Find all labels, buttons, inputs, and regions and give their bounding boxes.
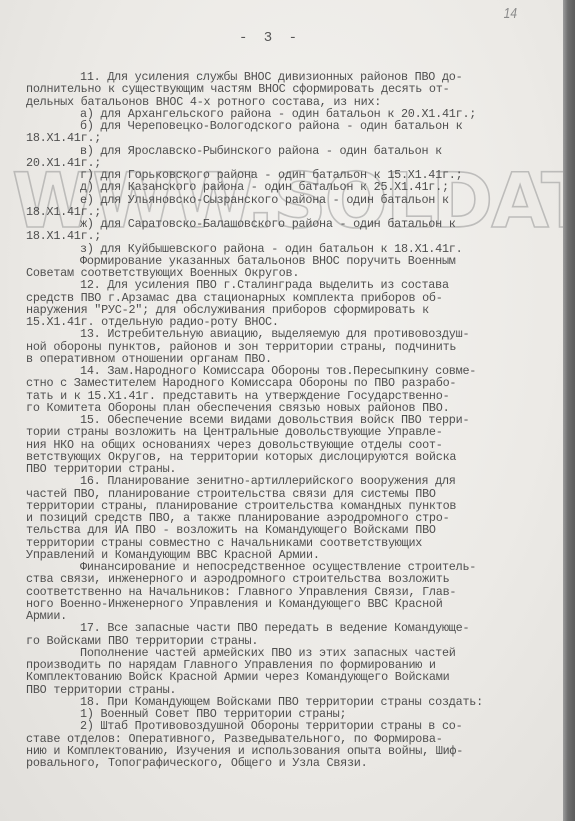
text-line: ставе отделов: Оперативного, Разведывате… [26,733,546,745]
text-line: 13. Истребительную авиацию, выделяемую д… [26,328,546,340]
text-line: Комплектованию Войск Красной Армии через… [26,671,546,683]
text-line: дельных батальонов ВНОС 4-х ротного сост… [26,96,546,108]
page-number: - 3 - [0,30,540,46]
text-line: 18.Х1.41г.; [26,132,546,144]
text-line: ства связи, инженерного и аэродромного с… [26,573,546,585]
text-line: территории страны совместно с Начальника… [26,537,546,549]
text-line: средств ПВО г.Арзамас два стационарных к… [26,292,546,304]
text-line: д) для Казанского района - один батальон… [26,181,546,193]
text-line: 2) Штаб Противовоздушной Обороны террито… [26,720,546,732]
text-line: полнительно к существующим частям ВНОС с… [26,83,546,95]
text-line: тельства для ИА ПВО - возложить на Коман… [26,524,546,536]
text-line: в) для Ярославско-Рыбинского района - од… [26,145,546,157]
text-line: тать и к 15.Х1.41г. представить на утвер… [26,390,546,402]
text-line: ПВО территории страны. [26,684,546,696]
text-line: го Войсками ПВО территории страны. [26,635,546,647]
text-line: тории страны возложить на Центральные до… [26,426,546,438]
text-line: стно с Заместителем Народного Комиссара … [26,377,546,389]
document-page: WWW.SOLDAT.ru 14 - 3 - 11. Для усиления … [0,0,563,821]
text-line: ж) для Саратовско-Балашовского района - … [26,218,546,230]
text-line: соответственно на Начальников: Главного … [26,586,546,598]
text-line: ной обороны пунктов, районов и зон терри… [26,341,546,353]
scan-edge [563,0,575,821]
text-line: частей ПВО, планирование строительства с… [26,488,546,500]
text-line: 17. Все запасные части ПВО передать в ве… [26,622,546,634]
text-line: е) для Ульяновско-Сызранского района - о… [26,194,546,206]
text-line: ния НКО на общих основаниях через доволь… [26,439,546,451]
text-line: 12. Для усиления ПВО г.Сталинграда выдел… [26,279,546,291]
text-line: ровального, Топографического, Общего и У… [26,757,546,769]
text-line: 16. Планирование зенитно-артиллерийского… [26,475,546,487]
text-line: 18.Х1.41г.; [26,230,546,242]
text-line: б) для Череповецко-Вологодского района -… [26,120,546,132]
text-line: з) для Куйбышевского района - один батал… [26,243,546,255]
text-line: ного Военно-Инженерного Управления и Ком… [26,598,546,610]
document-body: 11. Для усиления службы ВНОС дивизионных… [26,71,546,769]
folio-number: 14 [504,5,517,22]
